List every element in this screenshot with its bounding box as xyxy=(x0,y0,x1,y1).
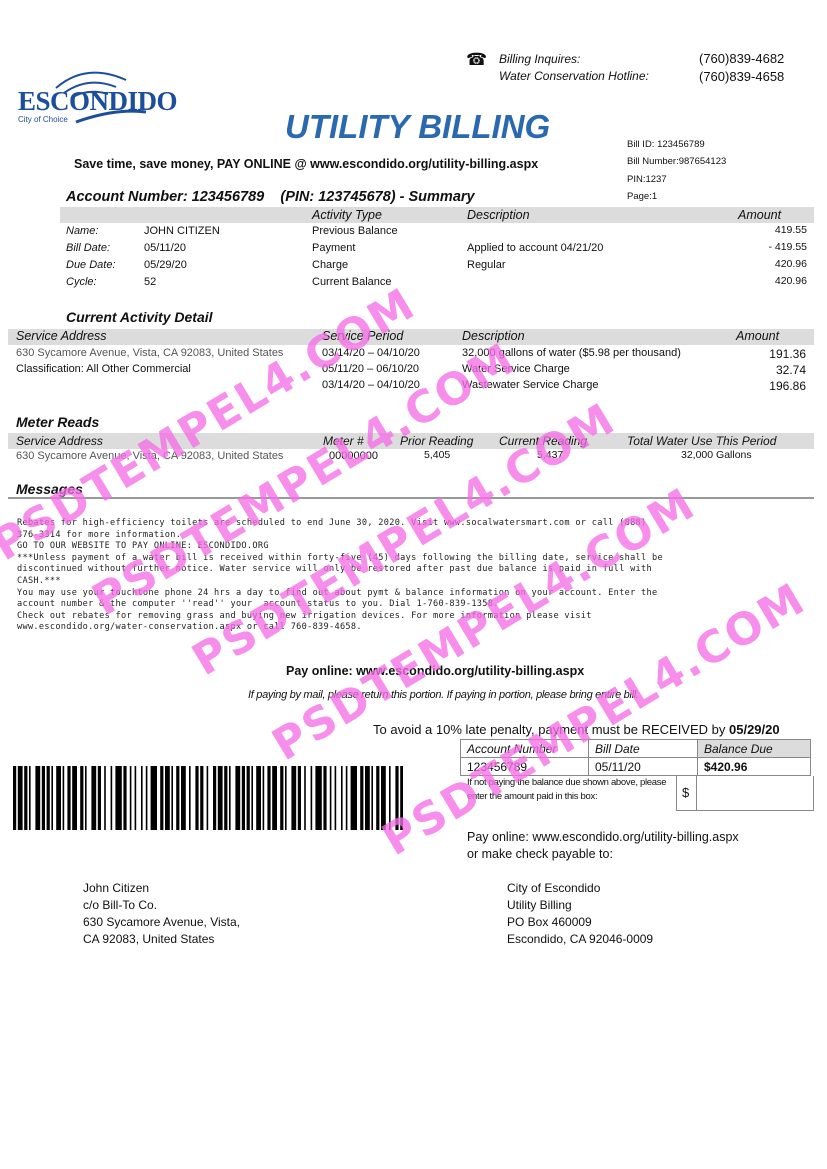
barcode xyxy=(13,766,403,830)
barcode-icon xyxy=(13,766,403,830)
table-row: 32,000 Gallons xyxy=(681,449,752,461)
current-activity-heading: Current Activity Detail xyxy=(66,309,213,325)
table-row: 420.96 xyxy=(775,275,807,287)
amount-paid-input[interactable] xyxy=(696,776,814,811)
address-line: City of Escondido xyxy=(507,880,653,897)
summary-header-bar xyxy=(60,207,814,223)
billing-inquiries-label: Billing Inquires: xyxy=(499,52,580,66)
cycle-value: 52 xyxy=(144,276,156,288)
logo-wordmark: ESCONDIDO xyxy=(18,86,177,117)
page-number: Page:1 xyxy=(627,191,657,202)
address-line: CA 92083, United States xyxy=(83,931,240,948)
due-date-label: Due Date: xyxy=(66,259,116,271)
meter-reads-heading: Meter Reads xyxy=(16,414,99,430)
account-summary-heading: Account Number: 123456789 (PIN: 12374567… xyxy=(66,189,475,205)
table-row: 5,405 xyxy=(424,449,450,461)
col-activity-type: Activity Type xyxy=(312,208,382,222)
customer-address: John Citizen c/o Bill-To Co. 630 Sycamor… xyxy=(83,880,240,948)
telephone-icon: ☎ xyxy=(466,50,487,70)
name-value: JOHN CITIZEN xyxy=(144,225,220,237)
address-line: 630 Sycamore Avenue, Vista, xyxy=(83,914,240,931)
check-payable-note: or make check payable to: xyxy=(467,847,613,861)
bill-date-label: Bill Date: xyxy=(66,242,110,254)
col-amount: Amount xyxy=(736,329,779,343)
stub-bill-date-value: 05/11/20 xyxy=(589,758,698,776)
due-date-value: 05/29/20 xyxy=(144,259,187,271)
name-label: Name: xyxy=(66,225,98,237)
table-row: Current Balance xyxy=(312,276,392,288)
page-title: UTILITY BILLING xyxy=(285,108,550,146)
service-address: 630 Sycamore Avenue, Vista, CA 92083, Un… xyxy=(16,347,283,359)
stub-header-balance: Balance Due xyxy=(698,740,811,758)
billing-phone: (760)839-4682 xyxy=(699,51,784,66)
table-row: - 419.55 xyxy=(768,241,807,253)
bill-number: Bill Number:987654123 xyxy=(627,156,726,167)
table-row: 420.96 xyxy=(775,258,807,270)
col-service-address: Service Address xyxy=(16,329,107,343)
col-service-address: Service Address xyxy=(16,434,103,448)
table-row: Regular xyxy=(467,259,506,271)
pay-online-link-2[interactable]: Pay online: www.escondido.org/utility-bi… xyxy=(467,830,739,844)
col-description: Description xyxy=(467,208,530,222)
address-line: c/o Bill-To Co. xyxy=(83,897,240,914)
stub-balance-value: $420.96 xyxy=(698,758,811,776)
table-row: 419.55 xyxy=(775,224,807,236)
address-line: Escondido, CA 92046-0009 xyxy=(507,931,653,948)
cycle-label: Cycle: xyxy=(66,276,97,288)
remit-to-address: City of Escondido Utility Billing PO Box… xyxy=(507,880,653,948)
col-amount: Amount xyxy=(738,208,781,222)
address-line: PO Box 460009 xyxy=(507,914,653,931)
logo-subtitle: City of Choice xyxy=(18,115,68,124)
currency-symbol: $ xyxy=(682,785,689,800)
pay-online-tagline: Save time, save money, PAY ONLINE @ www.… xyxy=(74,157,538,171)
address-line: Utility Billing xyxy=(507,897,653,914)
classification: Classification: All Other Commercial xyxy=(16,363,191,375)
bill-id: Bill ID: 123456789 xyxy=(627,139,705,150)
table-row: Charge xyxy=(312,259,348,271)
hotline-phone: (760)839-4658 xyxy=(699,69,784,84)
table-row: Previous Balance xyxy=(312,225,398,237)
table-row: 191.36 xyxy=(769,347,806,361)
activity-header-bar xyxy=(8,329,814,345)
penalty-date: 05/29/20 xyxy=(729,722,780,737)
table-row: Payment xyxy=(312,242,355,254)
col-total-use: Total Water Use This Period xyxy=(627,434,776,448)
table-row: 32.74 xyxy=(776,363,806,377)
table-row: Applied to account 04/21/20 xyxy=(467,242,603,254)
hotline-label: Water Conservation Hotline: xyxy=(499,69,649,83)
address-line: John Citizen xyxy=(83,880,240,897)
pin: PIN:1237 xyxy=(627,174,667,185)
bill-date-value: 05/11/20 xyxy=(144,242,186,254)
table-row: 196.86 xyxy=(769,379,806,393)
